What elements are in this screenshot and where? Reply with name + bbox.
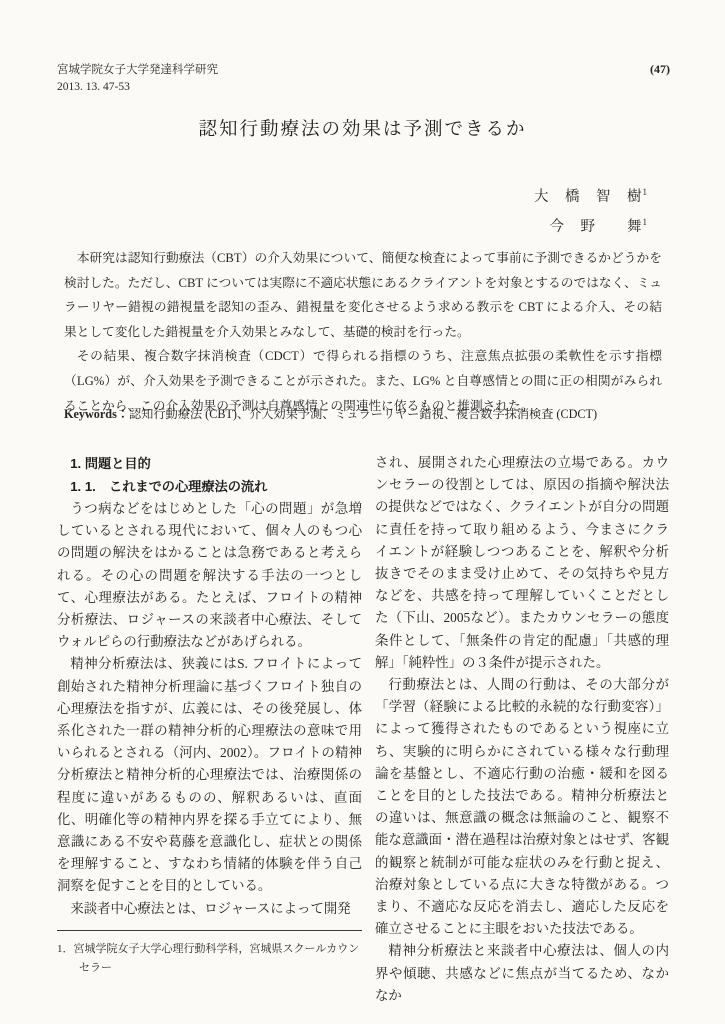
page-number: (47) <box>650 62 670 77</box>
author-name: 大 橋 智 樹 <box>534 189 643 205</box>
author-superscript: 1 <box>643 187 648 197</box>
journal-volume: 2013. 13. 47-53 <box>57 79 218 96</box>
keywords-text: 認知行動療法 (CBT)、介入効果予測、ミュラーリヤー錯視、複合数字抹消検査 (… <box>129 407 597 421</box>
body-paragraph: 精神分析療法と来談者中心療法は、個人の内界や傾聴、共感などに焦点が当てるため、な… <box>375 940 669 1007</box>
abstract-paragraph: 本研究は認知行動療法（CBT）の介入効果について、簡便な検査によって事前に予測で… <box>64 246 662 344</box>
author-superscript: 1 <box>643 217 648 227</box>
body-paragraph: 行動療法とは、人間の行動は、その大部分が「学習（経験による比較的永続的な行動変容… <box>375 674 669 940</box>
section-heading: 1. 問題と目的 <box>57 452 362 475</box>
body-columns: 1. 問題と目的 1. 1. これまでの心理療法の流れ うつ病などをはじめとした… <box>57 452 669 1007</box>
journal-info: 宮城学院女子大学発達科学研究 2013. 13. 47-53 <box>57 62 218 95</box>
keywords-line: Keywords：認知行動療法 (CBT)、介入効果予測、ミュラーリヤー錯視、複… <box>64 404 662 424</box>
paper-page: 宮城学院女子大学発達科学研究 2013. 13. 47-53 (47) 認知行動… <box>0 0 725 1024</box>
left-column: 1. 問題と目的 1. 1. これまでの心理療法の流れ うつ病などをはじめとした… <box>57 452 362 1007</box>
body-paragraph: 来談者中心療法とは、ロジャースによって開発 <box>57 898 362 920</box>
body-paragraph: うつ病などをはじめとした「心の問題」が急増しているとされる現代において、個々人の… <box>57 498 362 653</box>
footnote-rule <box>57 930 362 931</box>
author-block: 大 橋 智 樹1 今 野 舞1 <box>534 180 647 240</box>
author-name: 今 野 舞 <box>550 219 643 235</box>
right-column: され、展開された心理療法の立場である。カウンセラーの役割としては、原因の指摘や解… <box>375 452 669 1007</box>
footnote-block: 1．宮城学院女子大学心理行動科学科，宮城県スクールカウンセラー <box>57 930 362 978</box>
page-header: 宮城学院女子大学発達科学研究 2013. 13. 47-53 (47) <box>57 62 670 95</box>
abstract: 本研究は認知行動療法（CBT）の介入効果について、簡便な検査によって事前に予測で… <box>64 246 662 418</box>
paper-title: 認知行動療法の効果は予測できるか <box>0 115 725 141</box>
body-paragraph: 精神分析療法は、狭義にはS. フロイトによって創始された精神分析理論に基づくフロ… <box>57 653 362 897</box>
body-paragraph: され、展開された心理療法の立場である。カウンセラーの役割としては、原因の指摘や解… <box>375 452 669 674</box>
author-line: 大 橋 智 樹1 <box>534 180 647 210</box>
footnote-text: 1．宮城学院女子大学心理行動科学科，宮城県スクールカウンセラー <box>57 940 362 978</box>
journal-name: 宮城学院女子大学発達科学研究 <box>57 62 218 79</box>
subsection-heading: 1. 1. これまでの心理療法の流れ <box>57 475 362 498</box>
keywords-label: Keywords： <box>64 407 129 421</box>
author-line: 今 野 舞1 <box>534 210 647 240</box>
